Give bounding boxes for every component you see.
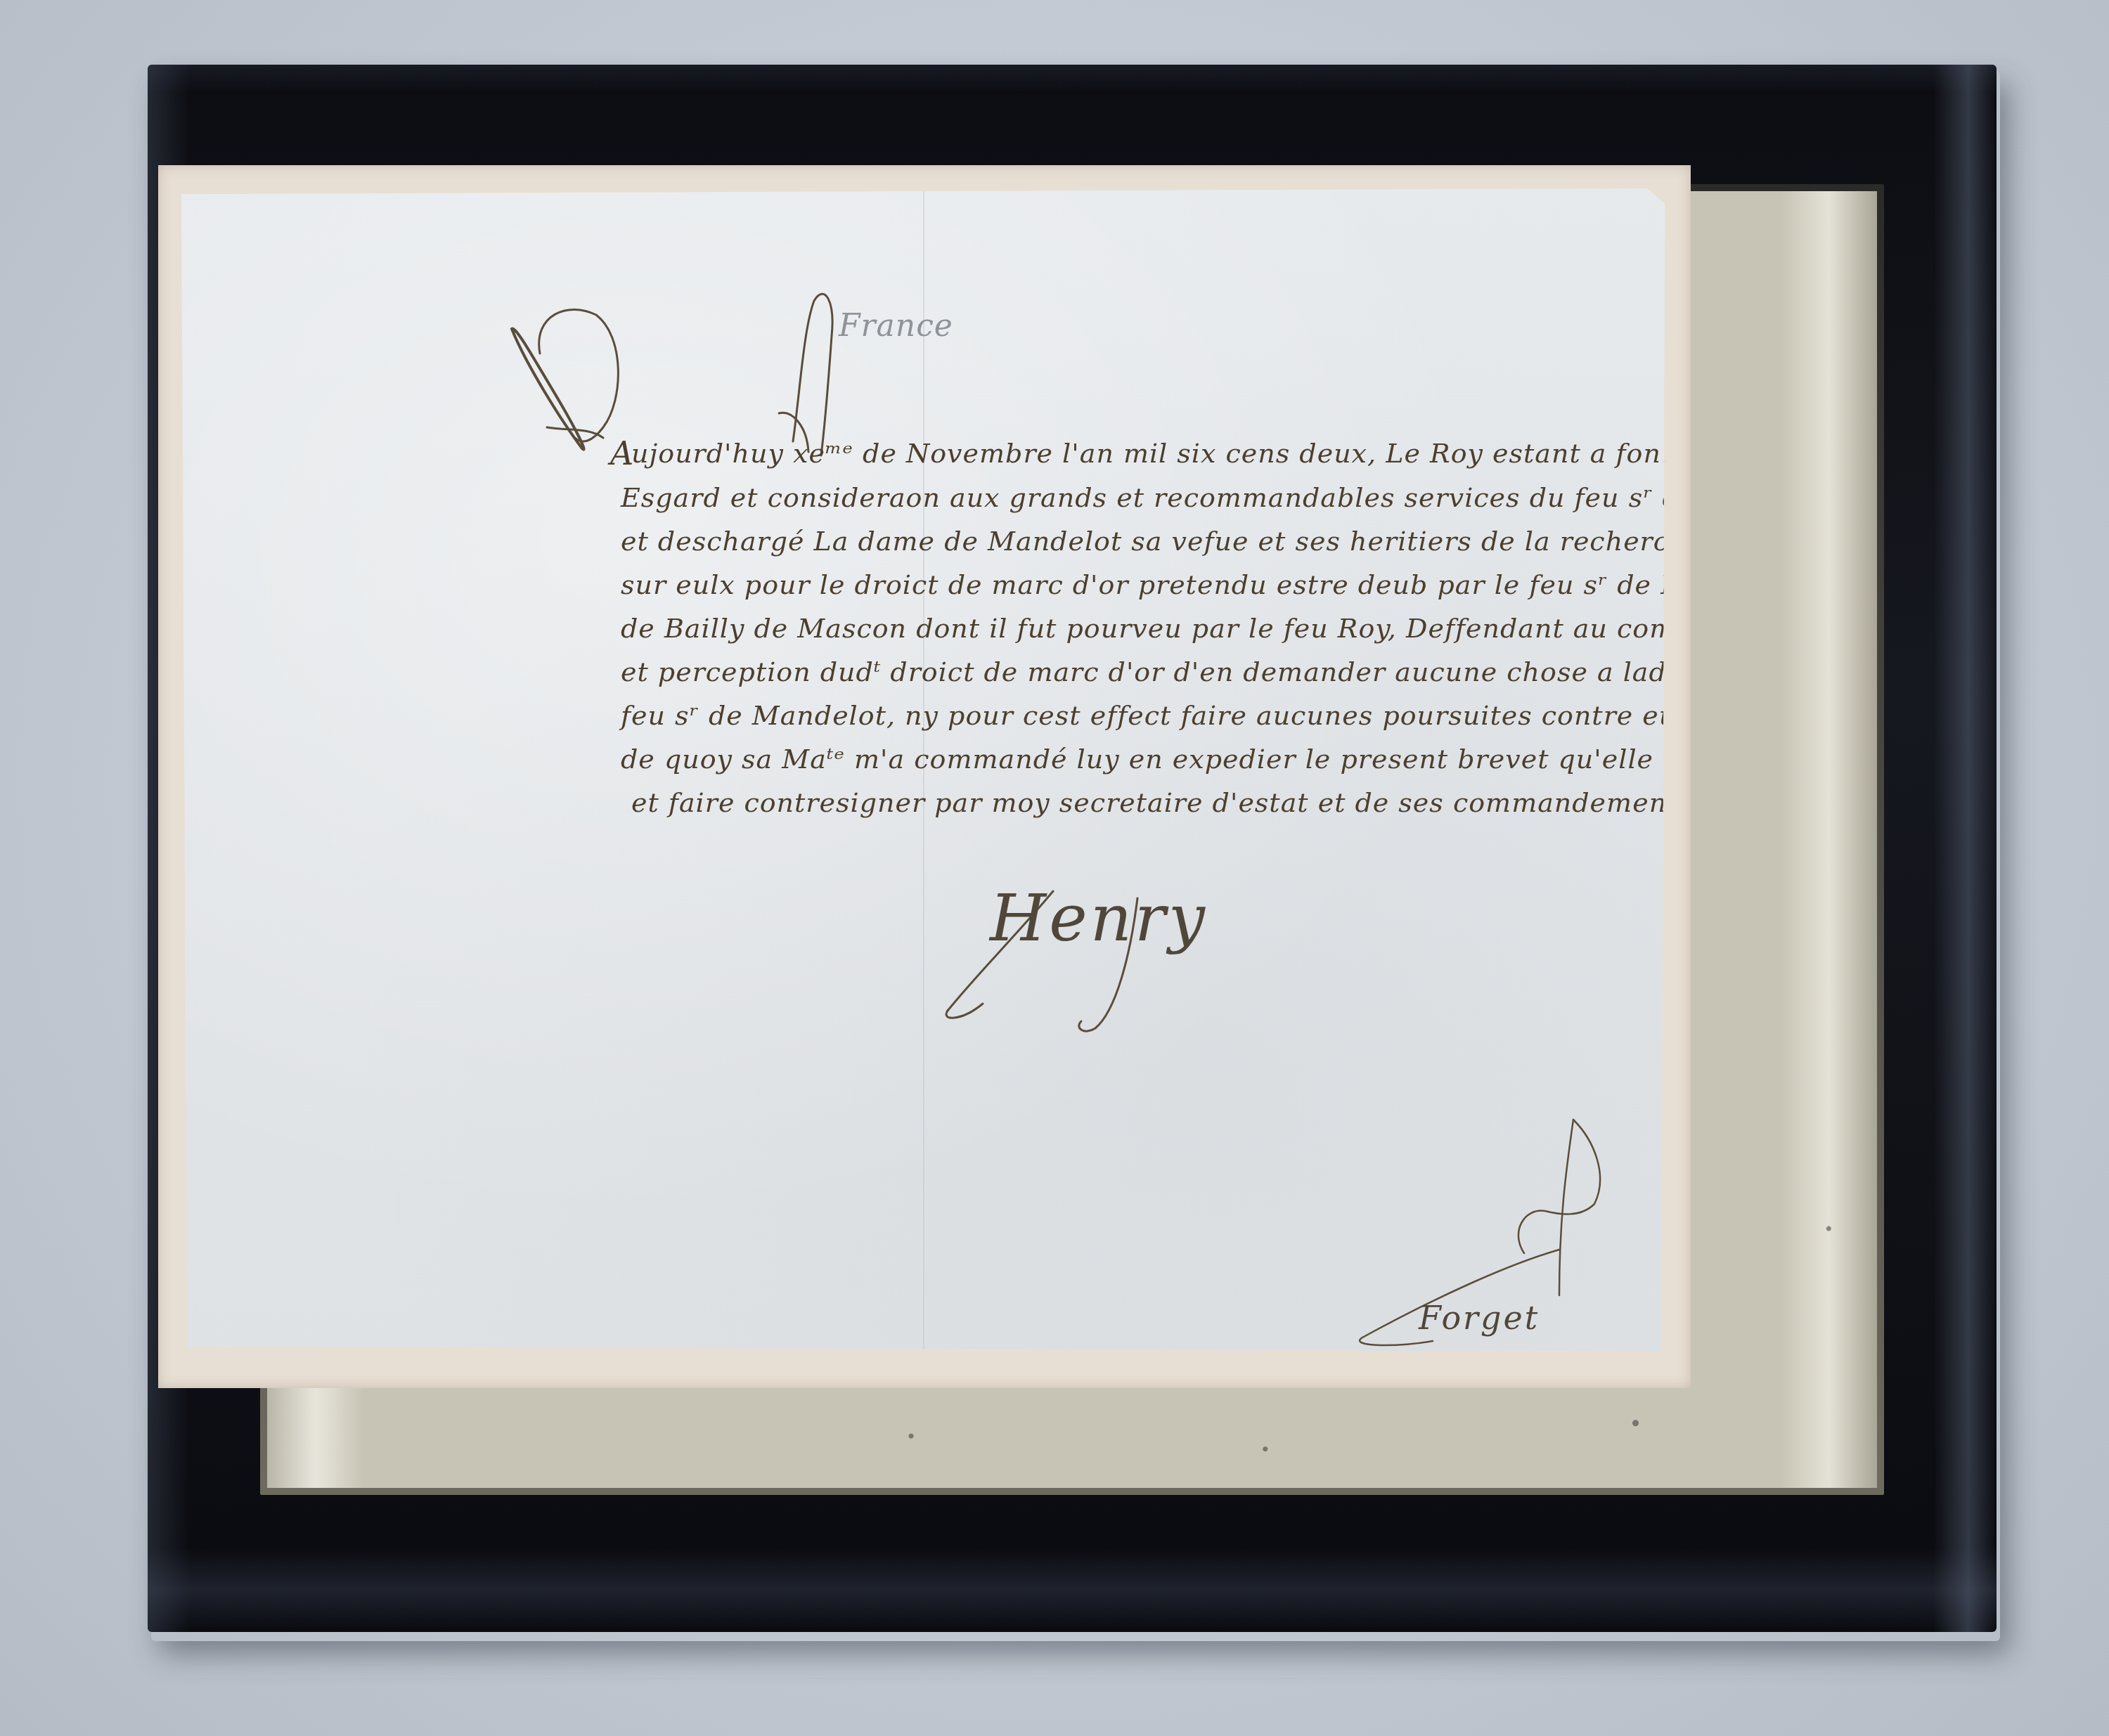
signature-forget: Forget [1419,1299,1540,1337]
signature-henry: Henry [990,881,1208,956]
pencil-annotation: France [839,308,953,344]
document-line-1: ujourd'huy xeᵐᵉ de Novembre l'an mil six… [631,438,1776,469]
manuscript-paper: France A ujourd'huy xeᵐᵉ de Novembre l'a… [181,188,1665,1352]
